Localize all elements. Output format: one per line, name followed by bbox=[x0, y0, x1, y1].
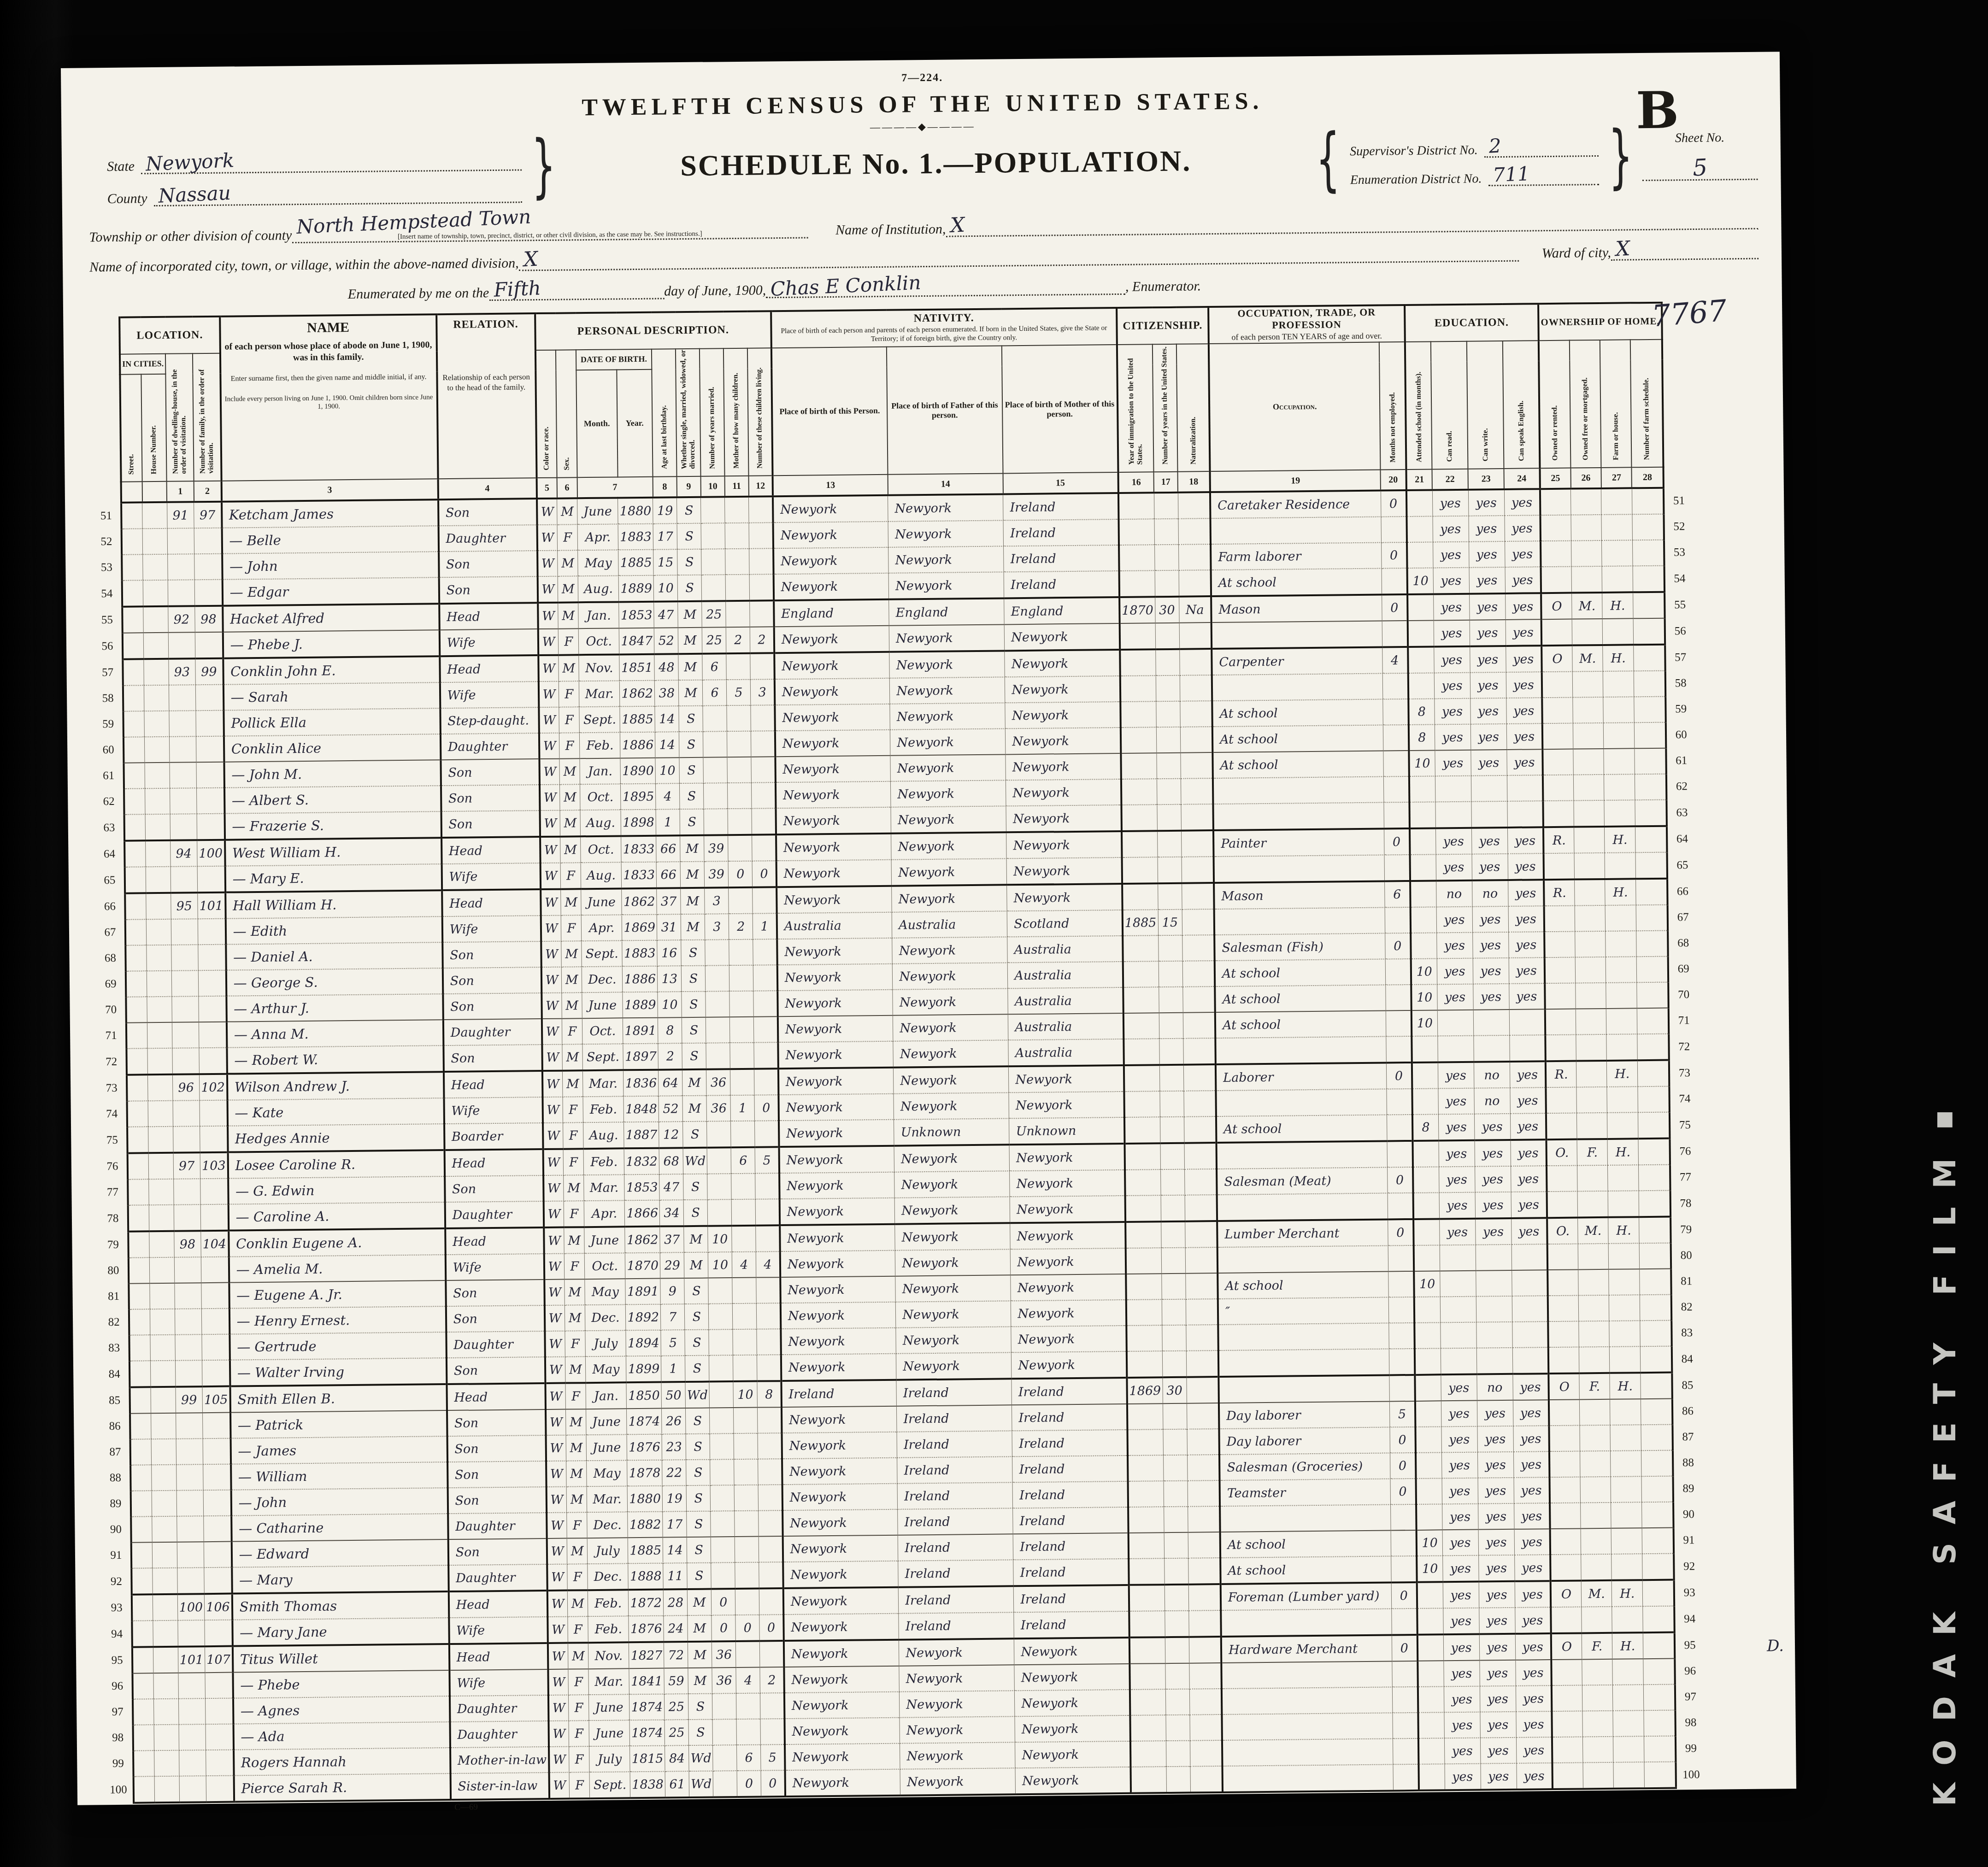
cell-mar: S bbox=[679, 757, 704, 783]
cell-fam bbox=[200, 1126, 228, 1153]
dob-label: DATE OF BIRTH. bbox=[576, 349, 652, 370]
cell-fam bbox=[206, 1750, 234, 1776]
cell-occ: Salesman (Groceries) bbox=[1219, 1453, 1390, 1481]
cell-sex: M bbox=[561, 941, 582, 967]
cell-sch: 10 bbox=[1414, 1271, 1440, 1297]
cell-nat bbox=[1180, 727, 1213, 753]
cell-fam bbox=[203, 1464, 231, 1491]
cell-bm: Feb. bbox=[588, 1616, 629, 1643]
cell-farm bbox=[1635, 826, 1667, 853]
cell-rel: Son bbox=[441, 759, 540, 786]
row-number-left: 68 bbox=[96, 945, 126, 972]
cell-fam bbox=[195, 685, 224, 711]
cell-yrs bbox=[1161, 1195, 1185, 1221]
cell-rel: Head bbox=[449, 1643, 548, 1670]
cell-pbf: Newyork bbox=[895, 1249, 1011, 1276]
cell-nat bbox=[1186, 1377, 1219, 1403]
cell-read: yes bbox=[1441, 1427, 1477, 1453]
row-number-right: 74 bbox=[1670, 1086, 1700, 1112]
cell-nat bbox=[1188, 1480, 1220, 1507]
cell-dw bbox=[168, 580, 195, 606]
cell-occ: At school bbox=[1212, 725, 1383, 753]
row-number-right: 53 bbox=[1664, 540, 1694, 566]
cell-farm bbox=[1632, 488, 1664, 515]
cell-eng bbox=[1509, 1009, 1546, 1035]
ward-field: X bbox=[1611, 238, 1759, 260]
cell-pbm: Newyork bbox=[1015, 1741, 1131, 1768]
cell-house bbox=[152, 1542, 177, 1568]
cell-name: — Anna M. bbox=[227, 1020, 444, 1048]
cell-rel: Son bbox=[446, 1305, 545, 1332]
cell-imm bbox=[1127, 1403, 1163, 1430]
cell-write bbox=[1476, 1322, 1512, 1348]
cell-fam bbox=[195, 632, 223, 659]
cell-ncl bbox=[752, 782, 776, 808]
cell-yrs bbox=[1155, 570, 1179, 597]
cell-rel: Son bbox=[442, 967, 541, 994]
cell-by: 1862 bbox=[620, 681, 655, 707]
cell-race: W bbox=[544, 1227, 565, 1254]
cell-farm bbox=[1640, 1321, 1672, 1347]
cell-name: — Edith bbox=[225, 916, 442, 945]
cell-yrs: 15 bbox=[1158, 910, 1182, 935]
cell-house bbox=[144, 685, 169, 711]
cell-fm bbox=[1576, 983, 1606, 1009]
cell-mne bbox=[1392, 1713, 1418, 1739]
cell-moc: 10 bbox=[733, 1381, 758, 1408]
cell-dw: 91 bbox=[167, 502, 194, 528]
cell-house bbox=[152, 1516, 177, 1543]
cell-occ bbox=[1214, 855, 1385, 883]
cell-bm: Oct. bbox=[580, 784, 621, 810]
cell-street bbox=[123, 659, 144, 685]
cell-pbf: Ireland bbox=[897, 1456, 1013, 1483]
cell-write bbox=[1476, 1245, 1512, 1271]
cell-house bbox=[154, 1776, 179, 1803]
cell-mar: M bbox=[688, 1615, 712, 1642]
cell-sch bbox=[1417, 1582, 1443, 1609]
cell-moc bbox=[729, 939, 753, 965]
cell-occ bbox=[1217, 1193, 1388, 1221]
cell-mar: M bbox=[679, 680, 703, 706]
cell-fm bbox=[1575, 957, 1606, 983]
cell-fam: 103 bbox=[200, 1152, 228, 1179]
cell-street bbox=[126, 997, 147, 1022]
cell-bm: June bbox=[582, 992, 623, 1018]
cell-fh bbox=[1601, 488, 1632, 515]
cell-fm: M. bbox=[1581, 1580, 1612, 1607]
cell-mne: 4 bbox=[1382, 647, 1408, 674]
cell-race: W bbox=[540, 810, 560, 837]
cell-read: yes bbox=[1437, 958, 1473, 985]
cell-occ bbox=[1221, 1662, 1392, 1689]
cell-mne bbox=[1390, 1504, 1417, 1531]
cell-pb: Newyork bbox=[780, 1224, 895, 1251]
cell-ncl bbox=[759, 1562, 783, 1588]
cell-fam bbox=[203, 1438, 231, 1465]
row-number-right: 56 bbox=[1665, 618, 1695, 645]
cell-nat bbox=[1186, 1299, 1218, 1325]
cell-farm bbox=[1635, 852, 1667, 879]
cell-pb: Newyork bbox=[778, 1016, 894, 1042]
cell-eng: yes bbox=[1511, 1166, 1547, 1192]
cell-dw bbox=[179, 1724, 206, 1750]
row-number-left: 82 bbox=[100, 1309, 129, 1336]
row-number-right: 80 bbox=[1671, 1243, 1701, 1269]
cell-bm: Mar. bbox=[584, 1174, 625, 1201]
cell-dw bbox=[170, 814, 197, 840]
cell-fam bbox=[196, 736, 224, 763]
cell-sch bbox=[1417, 1608, 1443, 1635]
cell-occ: At school bbox=[1212, 751, 1383, 779]
cell-mne bbox=[1386, 1036, 1412, 1063]
cell-moc bbox=[733, 1329, 757, 1355]
cell-read: yes bbox=[1442, 1478, 1478, 1504]
cell-mne: 0 bbox=[1387, 1167, 1413, 1193]
cell-ncl bbox=[752, 808, 776, 834]
row-number-left: 63 bbox=[95, 815, 125, 841]
row-number-right: 76 bbox=[1670, 1138, 1700, 1165]
cell-own bbox=[1547, 1192, 1578, 1218]
colnum-23: 23 bbox=[1468, 469, 1504, 490]
cell-eng: yes bbox=[1515, 1660, 1552, 1686]
cell-race: W bbox=[547, 1538, 567, 1564]
cell-ncl bbox=[753, 991, 778, 1016]
cell-eng: yes bbox=[1511, 1139, 1547, 1166]
cell-moc bbox=[725, 549, 750, 575]
cell-name: — John bbox=[222, 552, 439, 580]
county-field: Nassau bbox=[153, 182, 522, 206]
cell-mne bbox=[1391, 1609, 1417, 1635]
cell-street bbox=[124, 814, 146, 840]
cell-nat bbox=[1183, 1038, 1216, 1065]
cell-house bbox=[147, 1074, 172, 1101]
cell-street bbox=[127, 1101, 148, 1127]
cell-pbf: Ireland bbox=[897, 1431, 1012, 1457]
cell-fh: H. bbox=[1612, 1580, 1643, 1607]
cell-pbf: Newyork bbox=[900, 1716, 1015, 1743]
cell-eng bbox=[1512, 1321, 1548, 1348]
cell-moc bbox=[736, 1641, 760, 1667]
cell-by: 1848 bbox=[623, 1096, 659, 1122]
col-years-us: Number of years in the United States. bbox=[1153, 344, 1178, 472]
cell-pb: Newyork bbox=[778, 1068, 894, 1095]
street-label: Street. bbox=[127, 454, 135, 475]
cell-pbm: Newyork bbox=[1006, 857, 1122, 885]
cell-yrs: 30 bbox=[1162, 1377, 1187, 1403]
row-number-right: 79 bbox=[1670, 1216, 1700, 1243]
row-number-left: 94 bbox=[102, 1621, 132, 1648]
cell-own bbox=[1550, 1555, 1581, 1581]
cell-rel: Son bbox=[445, 1175, 544, 1202]
supervisors-district-field: 2 bbox=[1484, 136, 1598, 158]
cell-name: — Phebe bbox=[233, 1670, 450, 1698]
cell-by: 1870 bbox=[625, 1253, 661, 1279]
cell-read: yes bbox=[1434, 699, 1470, 725]
cell-mne: 0 bbox=[1385, 933, 1411, 959]
cell-mne bbox=[1385, 959, 1412, 985]
cell-sex: F bbox=[557, 524, 578, 550]
cell-eng: yes bbox=[1508, 906, 1545, 932]
cell-imm bbox=[1125, 1221, 1161, 1248]
cell-eng: yes bbox=[1508, 853, 1544, 880]
cell-occ: Carpenter bbox=[1212, 647, 1382, 675]
row-number-left: 84 bbox=[100, 1361, 130, 1388]
cell-race: W bbox=[542, 1045, 563, 1071]
cell-ym bbox=[710, 1433, 734, 1459]
cell-fm bbox=[1575, 931, 1606, 957]
cell-dw bbox=[169, 685, 196, 711]
cell-moc bbox=[731, 1174, 756, 1199]
cell-own bbox=[1549, 1426, 1580, 1452]
cell-own bbox=[1545, 957, 1576, 984]
cell-yrs bbox=[1159, 1013, 1183, 1039]
colnum-6: 6 bbox=[557, 477, 577, 498]
cell-bm: July bbox=[589, 1746, 630, 1772]
cell-pb: Newyork bbox=[781, 1354, 897, 1381]
cell-farm bbox=[1637, 1008, 1669, 1034]
colnum-16: 16 bbox=[1118, 472, 1154, 493]
cell-sex: M bbox=[567, 1538, 588, 1564]
cell-fh bbox=[1610, 1425, 1641, 1451]
cell-pbf: Newyork bbox=[899, 1638, 1015, 1666]
cell-by: 1894 bbox=[626, 1330, 661, 1356]
cell-fm bbox=[1582, 1711, 1613, 1737]
cell-write: no bbox=[1472, 880, 1508, 907]
cell-nat bbox=[1186, 1325, 1218, 1351]
cell-pbm: Australia bbox=[1008, 987, 1123, 1014]
row-number-left: 72 bbox=[97, 1049, 127, 1075]
cell-rel: Head bbox=[439, 603, 538, 630]
cell-mne: 6 bbox=[1384, 881, 1411, 908]
cell-bm: Nov. bbox=[579, 655, 620, 681]
cell-name: — Amelia M. bbox=[229, 1255, 446, 1283]
cell-farm bbox=[1642, 1528, 1674, 1554]
cell-fam bbox=[206, 1698, 234, 1725]
cell-own bbox=[1546, 1087, 1576, 1114]
cell-own: O bbox=[1541, 593, 1572, 620]
cell-imm bbox=[1122, 831, 1158, 857]
cell-nat bbox=[1181, 804, 1213, 831]
cell-own bbox=[1550, 1529, 1581, 1555]
cell-rel: Son bbox=[447, 1357, 546, 1384]
cell-ym: 36 bbox=[706, 1095, 731, 1121]
cell-mar: S bbox=[687, 1537, 711, 1563]
cell-rel: Wife bbox=[444, 1097, 543, 1124]
cell-pbm: Newyork bbox=[1015, 1715, 1130, 1742]
cell-occ bbox=[1213, 803, 1384, 831]
cell-farm bbox=[1635, 879, 1667, 905]
cell-occ bbox=[1222, 1713, 1393, 1741]
cell-imm bbox=[1120, 701, 1156, 728]
cell-nat bbox=[1180, 752, 1213, 779]
col-can-read: Can read. bbox=[1431, 341, 1468, 470]
cell-fh bbox=[1606, 957, 1637, 983]
cell-nat bbox=[1188, 1610, 1221, 1637]
row-number-right: 86 bbox=[1672, 1398, 1702, 1425]
colnum-2: 2 bbox=[194, 481, 221, 502]
cell-mar: S bbox=[686, 1434, 710, 1460]
cell-age: 14 bbox=[663, 1537, 687, 1563]
cell-house bbox=[152, 1465, 176, 1491]
cell-own bbox=[1544, 906, 1575, 932]
cell-pb: Newyork bbox=[783, 1614, 899, 1641]
cell-pbm: Newyork bbox=[1011, 1274, 1126, 1301]
cell-occ bbox=[1221, 1609, 1392, 1637]
row-number-left: 65 bbox=[95, 867, 125, 894]
cell-bm: Jan. bbox=[586, 1382, 627, 1409]
cell-eng: yes bbox=[1511, 1192, 1547, 1218]
cell-occ: At school bbox=[1218, 1272, 1388, 1299]
cell-farm bbox=[1644, 1710, 1676, 1737]
cell-eng bbox=[1507, 775, 1543, 801]
cell-occ bbox=[1218, 1375, 1389, 1403]
cell-moc bbox=[733, 1355, 758, 1381]
cell-dw bbox=[177, 1542, 204, 1568]
cell-yrs bbox=[1159, 1065, 1184, 1091]
cell-write: yes bbox=[1471, 828, 1508, 854]
cell-rel: Son bbox=[443, 1045, 542, 1072]
cell-by: 1892 bbox=[626, 1304, 661, 1331]
cell-eng: yes bbox=[1505, 567, 1541, 593]
cell-street bbox=[123, 685, 144, 711]
cell-dw bbox=[170, 762, 197, 788]
col-farm-house: Farm or house. bbox=[1600, 340, 1632, 468]
cell-nat bbox=[1187, 1429, 1220, 1455]
cell-fh bbox=[1613, 1710, 1644, 1737]
row-number-left: 100 bbox=[104, 1777, 134, 1803]
cell-nat bbox=[1178, 492, 1211, 519]
cell-read: yes bbox=[1443, 1634, 1480, 1661]
cell-sch bbox=[1417, 1661, 1444, 1687]
row-number-right: 59 bbox=[1665, 696, 1695, 722]
colnum-11: 11 bbox=[724, 476, 748, 497]
cell-fm bbox=[1579, 1321, 1610, 1347]
cell-mne bbox=[1388, 1193, 1414, 1220]
colnum-28: 28 bbox=[1632, 467, 1664, 488]
cell-farm bbox=[1639, 1191, 1670, 1217]
cell-by: 1880 bbox=[627, 1486, 663, 1512]
cell-rel: Wife bbox=[441, 863, 541, 890]
cell-street bbox=[133, 1750, 154, 1776]
cell-bm: Mar. bbox=[587, 1486, 628, 1512]
cell-write: yes bbox=[1480, 1686, 1516, 1712]
cell-write bbox=[1473, 1035, 1510, 1062]
cell-pb: Newyork bbox=[776, 834, 892, 861]
row-number-left: 91 bbox=[102, 1543, 132, 1569]
cell-house bbox=[147, 971, 171, 997]
cell-name: Titus Willet bbox=[233, 1644, 450, 1673]
cell-mne bbox=[1383, 725, 1409, 751]
cell-read: yes bbox=[1441, 1401, 1477, 1427]
cell-pb: Newyork bbox=[775, 704, 890, 731]
row-number-right: 55 bbox=[1665, 592, 1694, 618]
cell-mar: S bbox=[685, 1330, 709, 1356]
cell-sex: F bbox=[563, 1122, 584, 1149]
cell-bm: Aug. bbox=[578, 576, 619, 603]
cell-farm bbox=[1634, 722, 1666, 749]
row-number-right: 100 bbox=[1676, 1761, 1706, 1788]
cell-house bbox=[152, 1491, 176, 1517]
cell-write: yes bbox=[1470, 646, 1506, 673]
group-citizenship: CITIZENSHIP. bbox=[1117, 307, 1209, 345]
cell-ncl bbox=[753, 965, 778, 991]
cell-bm: Jan. bbox=[580, 758, 621, 784]
cell-sch: 8 bbox=[1408, 699, 1435, 725]
row-number-left: 75 bbox=[98, 1127, 128, 1154]
cell-mne: 0 bbox=[1388, 1219, 1414, 1246]
cell-mar: Wd bbox=[689, 1771, 713, 1797]
cell-street bbox=[128, 1179, 149, 1205]
cell-pb: Newyork bbox=[774, 652, 890, 679]
cell-dw: 101 bbox=[178, 1646, 205, 1673]
cell-mne bbox=[1386, 1089, 1412, 1115]
cell-ym bbox=[710, 1485, 735, 1511]
cell-rel: Son bbox=[446, 1280, 545, 1306]
cell-nat bbox=[1182, 857, 1214, 883]
cell-sch bbox=[1415, 1348, 1441, 1375]
township-line: Township or other division of county Nor… bbox=[89, 200, 1758, 245]
cell-age: 64 bbox=[659, 1069, 683, 1096]
cell-fm bbox=[1576, 1009, 1606, 1035]
cell-yrs bbox=[1161, 1221, 1185, 1248]
row-number-left: 51 bbox=[92, 503, 122, 529]
cell-occ: At school bbox=[1211, 569, 1382, 597]
cell-rel: Son bbox=[439, 551, 538, 577]
cell-write: yes bbox=[1469, 567, 1506, 594]
cell-name: — Catharine bbox=[231, 1514, 448, 1542]
cell-write: yes bbox=[1474, 1114, 1511, 1140]
cell-moc: 0 bbox=[728, 861, 753, 887]
cell-race: W bbox=[540, 837, 561, 863]
col-sex: Sex. bbox=[556, 350, 577, 477]
page-stamp: 7767 bbox=[1651, 294, 1728, 334]
cell-read: yes bbox=[1442, 1556, 1479, 1582]
brace-sheet-icon: } bbox=[1608, 129, 1633, 184]
cell-rel: Mother-in-law bbox=[450, 1747, 549, 1773]
cell-eng: yes bbox=[1512, 1374, 1549, 1400]
row-number-right: 60 bbox=[1666, 722, 1696, 748]
cell-race: W bbox=[549, 1773, 570, 1799]
cell-pb: Newyork bbox=[775, 756, 891, 782]
cell-name: — George S. bbox=[226, 968, 443, 996]
cell-eng bbox=[1512, 1270, 1548, 1296]
cell-street bbox=[131, 1542, 153, 1568]
cell-mar: S bbox=[679, 732, 704, 757]
cell-own bbox=[1550, 1477, 1581, 1503]
cell-nat bbox=[1183, 1091, 1216, 1117]
cell-fh bbox=[1606, 905, 1636, 931]
cell-fm: F. bbox=[1577, 1139, 1608, 1166]
cell-own bbox=[1544, 932, 1575, 958]
cell-write: yes bbox=[1478, 1503, 1514, 1530]
cell-pbm: Newyork bbox=[1006, 831, 1122, 858]
cell-yrs bbox=[1164, 1507, 1188, 1532]
col-attended-school: Attended school (in months). bbox=[1405, 342, 1432, 470]
row-number-left: 52 bbox=[92, 529, 122, 555]
cell-own bbox=[1548, 1321, 1579, 1348]
cell-name: — Frazerie S. bbox=[224, 811, 441, 840]
naturalization-label: Naturalization. bbox=[1189, 417, 1198, 464]
cell-bm: Nov. bbox=[588, 1642, 629, 1669]
cell-fam bbox=[204, 1542, 232, 1568]
cell-pbm: Ireland bbox=[1012, 1430, 1128, 1456]
cell-nat bbox=[1189, 1637, 1222, 1663]
cell-fm: M. bbox=[1572, 593, 1603, 619]
cell-ncl bbox=[751, 757, 776, 782]
cell-farm bbox=[1638, 1165, 1670, 1191]
house-number-label: House Number. bbox=[150, 425, 159, 474]
